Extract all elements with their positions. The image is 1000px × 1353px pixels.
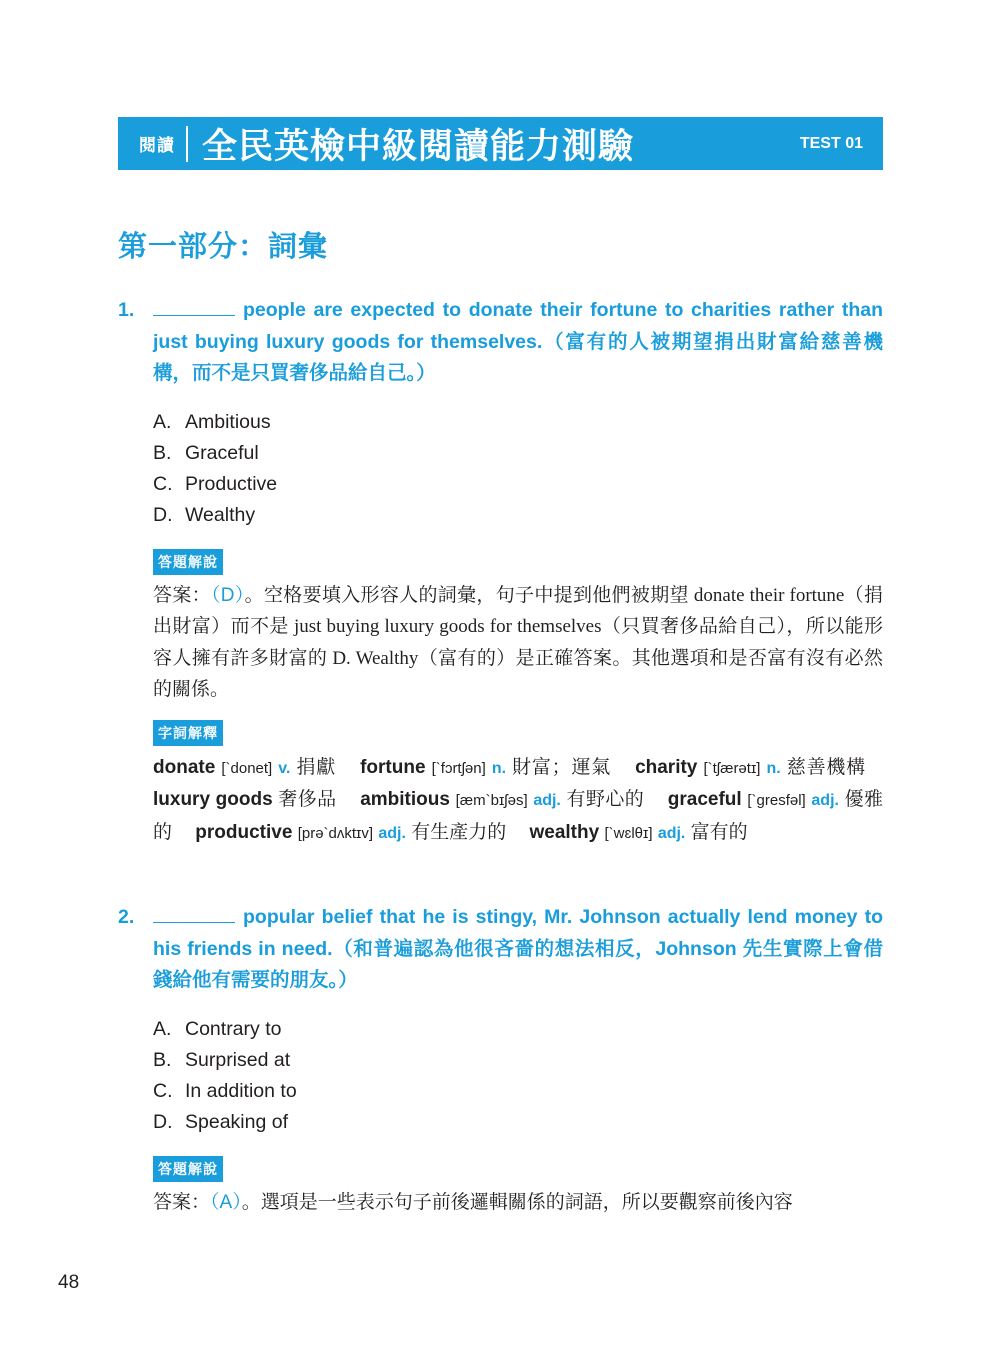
section-label: 閱讀 bbox=[139, 131, 175, 156]
answer-value: （A） bbox=[210, 1192, 242, 1213]
question-number: 1. bbox=[118, 295, 153, 390]
option-b: B.Surprised at bbox=[153, 1045, 883, 1076]
option-c: C.Productive bbox=[153, 469, 883, 500]
answer-value: （D） bbox=[211, 585, 245, 606]
page-number: 48 bbox=[58, 1272, 79, 1294]
question-1: 1. people are expected to donate their f… bbox=[118, 295, 883, 849]
answer-blank bbox=[153, 297, 235, 316]
option-d: D.Speaking of bbox=[153, 1107, 883, 1138]
option-c: C.In addition to bbox=[153, 1076, 883, 1107]
header-banner: 閱讀 全民英檢中級閱讀能力測驗 TEST 01 bbox=[118, 117, 883, 170]
question-2: 2. popular belief that he is stingy, Mr.… bbox=[118, 902, 883, 1218]
vocab-entry: charity [`tʃærətɪ] n. 慈善機構 bbox=[635, 757, 865, 778]
explanation-text: 答案：（A）。選項是一些表示句子前後邏輯關係的詞語，所以要觀察前後內容 bbox=[153, 1187, 883, 1219]
question-stem: 1. people are expected to donate their f… bbox=[118, 295, 883, 390]
vocab-entry: productive [prə`dʌktɪv] adj. 有生產力的 bbox=[195, 822, 506, 843]
divider bbox=[186, 126, 188, 162]
test-label: TEST 01 bbox=[800, 135, 863, 153]
explanation-tag: 答題解說 bbox=[153, 1156, 223, 1182]
answer-blank bbox=[153, 904, 235, 923]
vocab-entry: fortune [`fɔrtʃən] n. 財富；運氣 bbox=[360, 757, 611, 778]
question-number: 2. bbox=[118, 902, 153, 997]
option-a: A.Contrary to bbox=[153, 1014, 883, 1045]
part-title: 第一部分：詞彙 bbox=[118, 224, 328, 265]
explanation-text: 答案：（D）。空格要填入形容人的詞彙，句子中提到他們被期望 donate the… bbox=[153, 580, 883, 706]
vocab-entry: luxury goods 奢侈品 bbox=[153, 789, 337, 810]
vocab-entry: ambitious [æm`bɪʃəs] adj. 有野心的 bbox=[360, 789, 644, 810]
vocab-tag: 字詞解釋 bbox=[153, 720, 223, 746]
options-list: A.Ambitious B.Graceful C.Productive D.We… bbox=[153, 407, 883, 531]
question-stem: 2. popular belief that he is stingy, Mr.… bbox=[118, 902, 883, 997]
vocab-list: donate [`donet] v. 捐獻 fortune [`fɔrtʃən]… bbox=[153, 752, 883, 850]
vocab-entry: donate [`donet] v. 捐獻 bbox=[153, 757, 336, 778]
option-b: B.Graceful bbox=[153, 438, 883, 469]
option-a: A.Ambitious bbox=[153, 407, 883, 438]
option-d: D.Wealthy bbox=[153, 500, 883, 531]
explanation-tag: 答題解說 bbox=[153, 549, 223, 575]
options-list: A.Contrary to B.Surprised at C.In additi… bbox=[153, 1014, 883, 1138]
page-title: 全民英檢中級閱讀能力測驗 bbox=[202, 119, 634, 169]
vocab-entry: wealthy [`wɛlθɪ] adj. 富有的 bbox=[529, 822, 747, 843]
